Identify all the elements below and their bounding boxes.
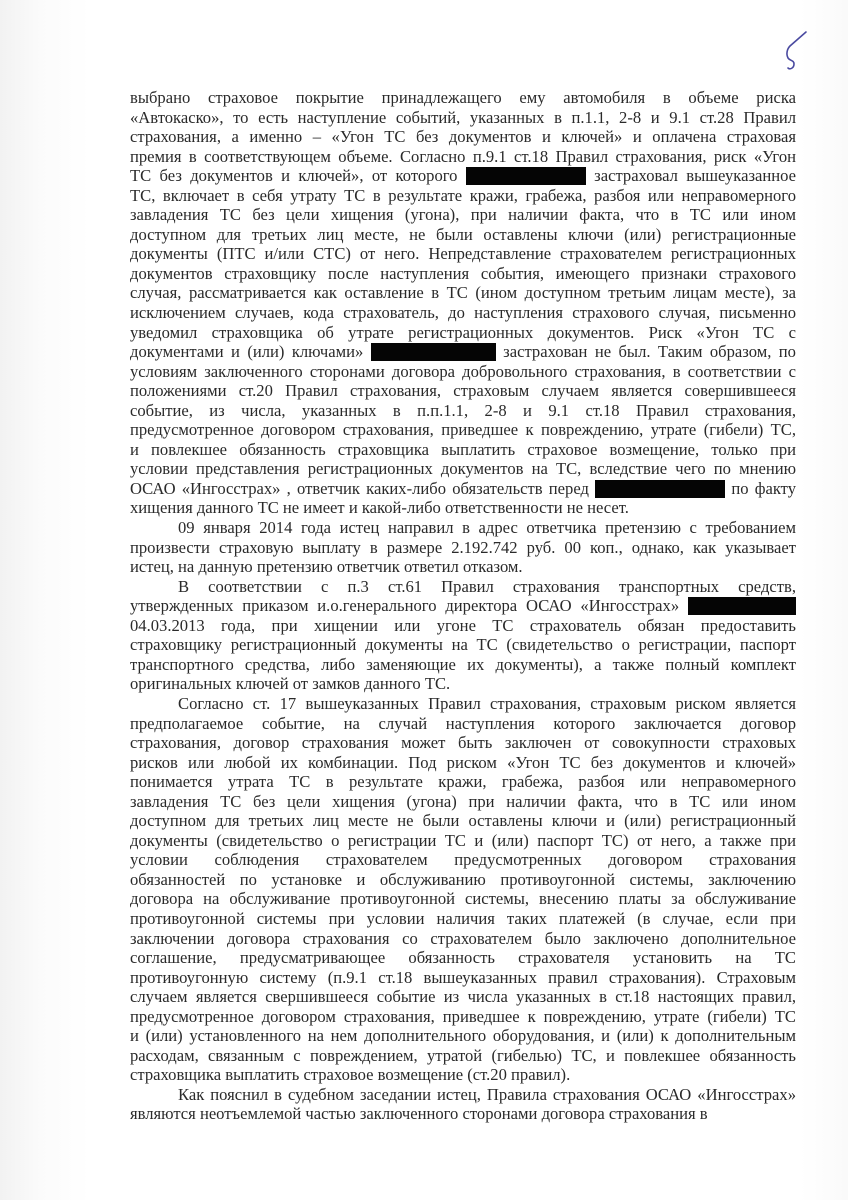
text-segment: ОСАО «Ингосстрах» , ответчик каких-либо … (130, 479, 589, 498)
text-line: документов страховщику после наступления… (130, 264, 796, 284)
text-line: документами и (или) ключами» застрахован… (130, 342, 796, 362)
text-line: случая, рассматривается как оставление в… (130, 283, 796, 303)
text-line: страхования, договор страхования может б… (130, 733, 796, 753)
text-line: страховщику регистрационный документы на… (130, 635, 796, 655)
text-line: «Автокаско», то есть наступление событий… (130, 108, 796, 128)
text-line: предусмотренное договором страхования, п… (130, 1007, 796, 1027)
text-line: 09 января 2014 года истец направил в адр… (130, 518, 796, 538)
text-line: уведомил страховщика об утрате регистрац… (130, 323, 796, 343)
redaction-box (595, 480, 725, 498)
text-line: ТС, включает в себя утрату ТС в результа… (130, 186, 796, 206)
paragraph-p2: 09 января 2014 года истец направил в адр… (130, 518, 796, 577)
text-line: произвести страховую выплату в размере 2… (130, 538, 796, 558)
text-line: Согласно ст. 17 вышеуказанных Правил стр… (130, 694, 796, 714)
text-line: завладения ТС без цели хищения (угона), … (130, 205, 796, 225)
text-line: и (или) установленного на нем дополнител… (130, 1026, 796, 1046)
redaction-box (688, 597, 796, 615)
text-line: заключении договора страхования со страх… (130, 929, 796, 949)
text-line: документы (свидетельство о регистрации Т… (130, 831, 796, 851)
redaction-box (466, 167, 586, 185)
redaction-box (371, 343, 496, 361)
text-line: 04.03.2013 года, при хищении или угоне Т… (130, 616, 796, 636)
text-line: премия в соответствующем объеме. Согласн… (130, 147, 796, 167)
document-body: выбрано страховое покрытие принадлежащег… (130, 88, 796, 1124)
paragraph-p1: выбрано страховое покрытие принадлежащег… (130, 88, 796, 518)
text-line: истец, на данную претензию ответчик отве… (130, 557, 796, 577)
text-line: утвержденных приказом и.о.генерального д… (130, 596, 796, 616)
text-line: документы (ПТС и/или СТС) от него. Непре… (130, 244, 796, 264)
text-line: доступном для третьих лиц месте не были … (130, 811, 796, 831)
handwritten-page-number-icon (780, 28, 810, 74)
text-line: расходам, связанным с повреждением, утра… (130, 1046, 796, 1066)
text-line: условии соблюдения страхователем предусм… (130, 850, 796, 870)
text-line: Как пояснил в судебном заседании истец, … (130, 1085, 796, 1105)
text-line: хищения данного ТС не имеет и какой-либо… (130, 498, 796, 518)
paragraph-p4: Согласно ст. 17 вышеуказанных Правил стр… (130, 694, 796, 1085)
text-segment: документами и (или) ключами» (130, 342, 363, 361)
text-line: договора на обслуживание противоугонной … (130, 889, 796, 909)
text-segment: застраховал вышеуказанное (594, 166, 796, 185)
text-line: противоугонной системы при условии налич… (130, 909, 796, 929)
paragraph-p5: Как пояснил в судебном заседании истец, … (130, 1085, 796, 1124)
text-line: страхования, а именно – «Угон ТС без док… (130, 127, 796, 147)
text-line: событие, из числа, указанных в п.п.1.1, … (130, 401, 796, 421)
text-line: и повлекшее обязанность страховщика выпл… (130, 440, 796, 460)
text-line: понимается утрата ТС в результате кражи,… (130, 772, 796, 792)
text-line: предусмотренное договором страхования, п… (130, 420, 796, 440)
text-line: В соответствии с п.3 ст.61 Правил страхо… (130, 577, 796, 597)
text-segment: утвержденных приказом и.о.генерального д… (130, 596, 679, 615)
document-page: выбрано страховое покрытие принадлежащег… (0, 0, 848, 1200)
text-line: доступном для третьих лиц месте, не были… (130, 225, 796, 245)
paragraph-p3: В соответствии с п.3 ст.61 Правил страхо… (130, 577, 796, 694)
text-line: предполагаемое событие, на случай наступ… (130, 714, 796, 734)
text-line: выбрано страховое покрытие принадлежащег… (130, 88, 796, 108)
text-line: исключением случаев, кода страхователь, … (130, 303, 796, 323)
text-line: противоугонную систему (п.9.1 ст.18 выше… (130, 968, 796, 988)
text-line: завладения ТС без цели хищения (угона) п… (130, 792, 796, 812)
text-segment: застрахован не был. Таким образом, по (503, 342, 796, 361)
text-line: случаем является свершившееся событие из… (130, 987, 796, 1007)
text-line: транспортного средства, либо заменяющие … (130, 655, 796, 675)
text-segment: по факту (731, 479, 796, 498)
text-line: ОСАО «Ингосстрах» , ответчик каких-либо … (130, 479, 796, 499)
text-line: являются неотъемлемой частью заключенног… (130, 1104, 796, 1124)
text-line: положениями ст.20 Правил страхования, ст… (130, 381, 796, 401)
text-line: обязанностей по установке и обслуживанию… (130, 870, 796, 890)
text-line: соглашение, предусматривающее обязанност… (130, 948, 796, 968)
text-line: ТС без документов и ключей», от которого… (130, 166, 796, 186)
text-line: оригинальных ключей от замков данного ТС… (130, 674, 796, 694)
text-line: страховщика выплатить страховое возмещен… (130, 1065, 796, 1085)
text-line: условиям заключенного сторонами договора… (130, 362, 796, 382)
text-line: условии представления регистрационных до… (130, 459, 796, 479)
text-segment: ТС без документов и ключей», от которого (130, 166, 457, 185)
text-line: рисков или любой их комбинации. Под риск… (130, 753, 796, 773)
